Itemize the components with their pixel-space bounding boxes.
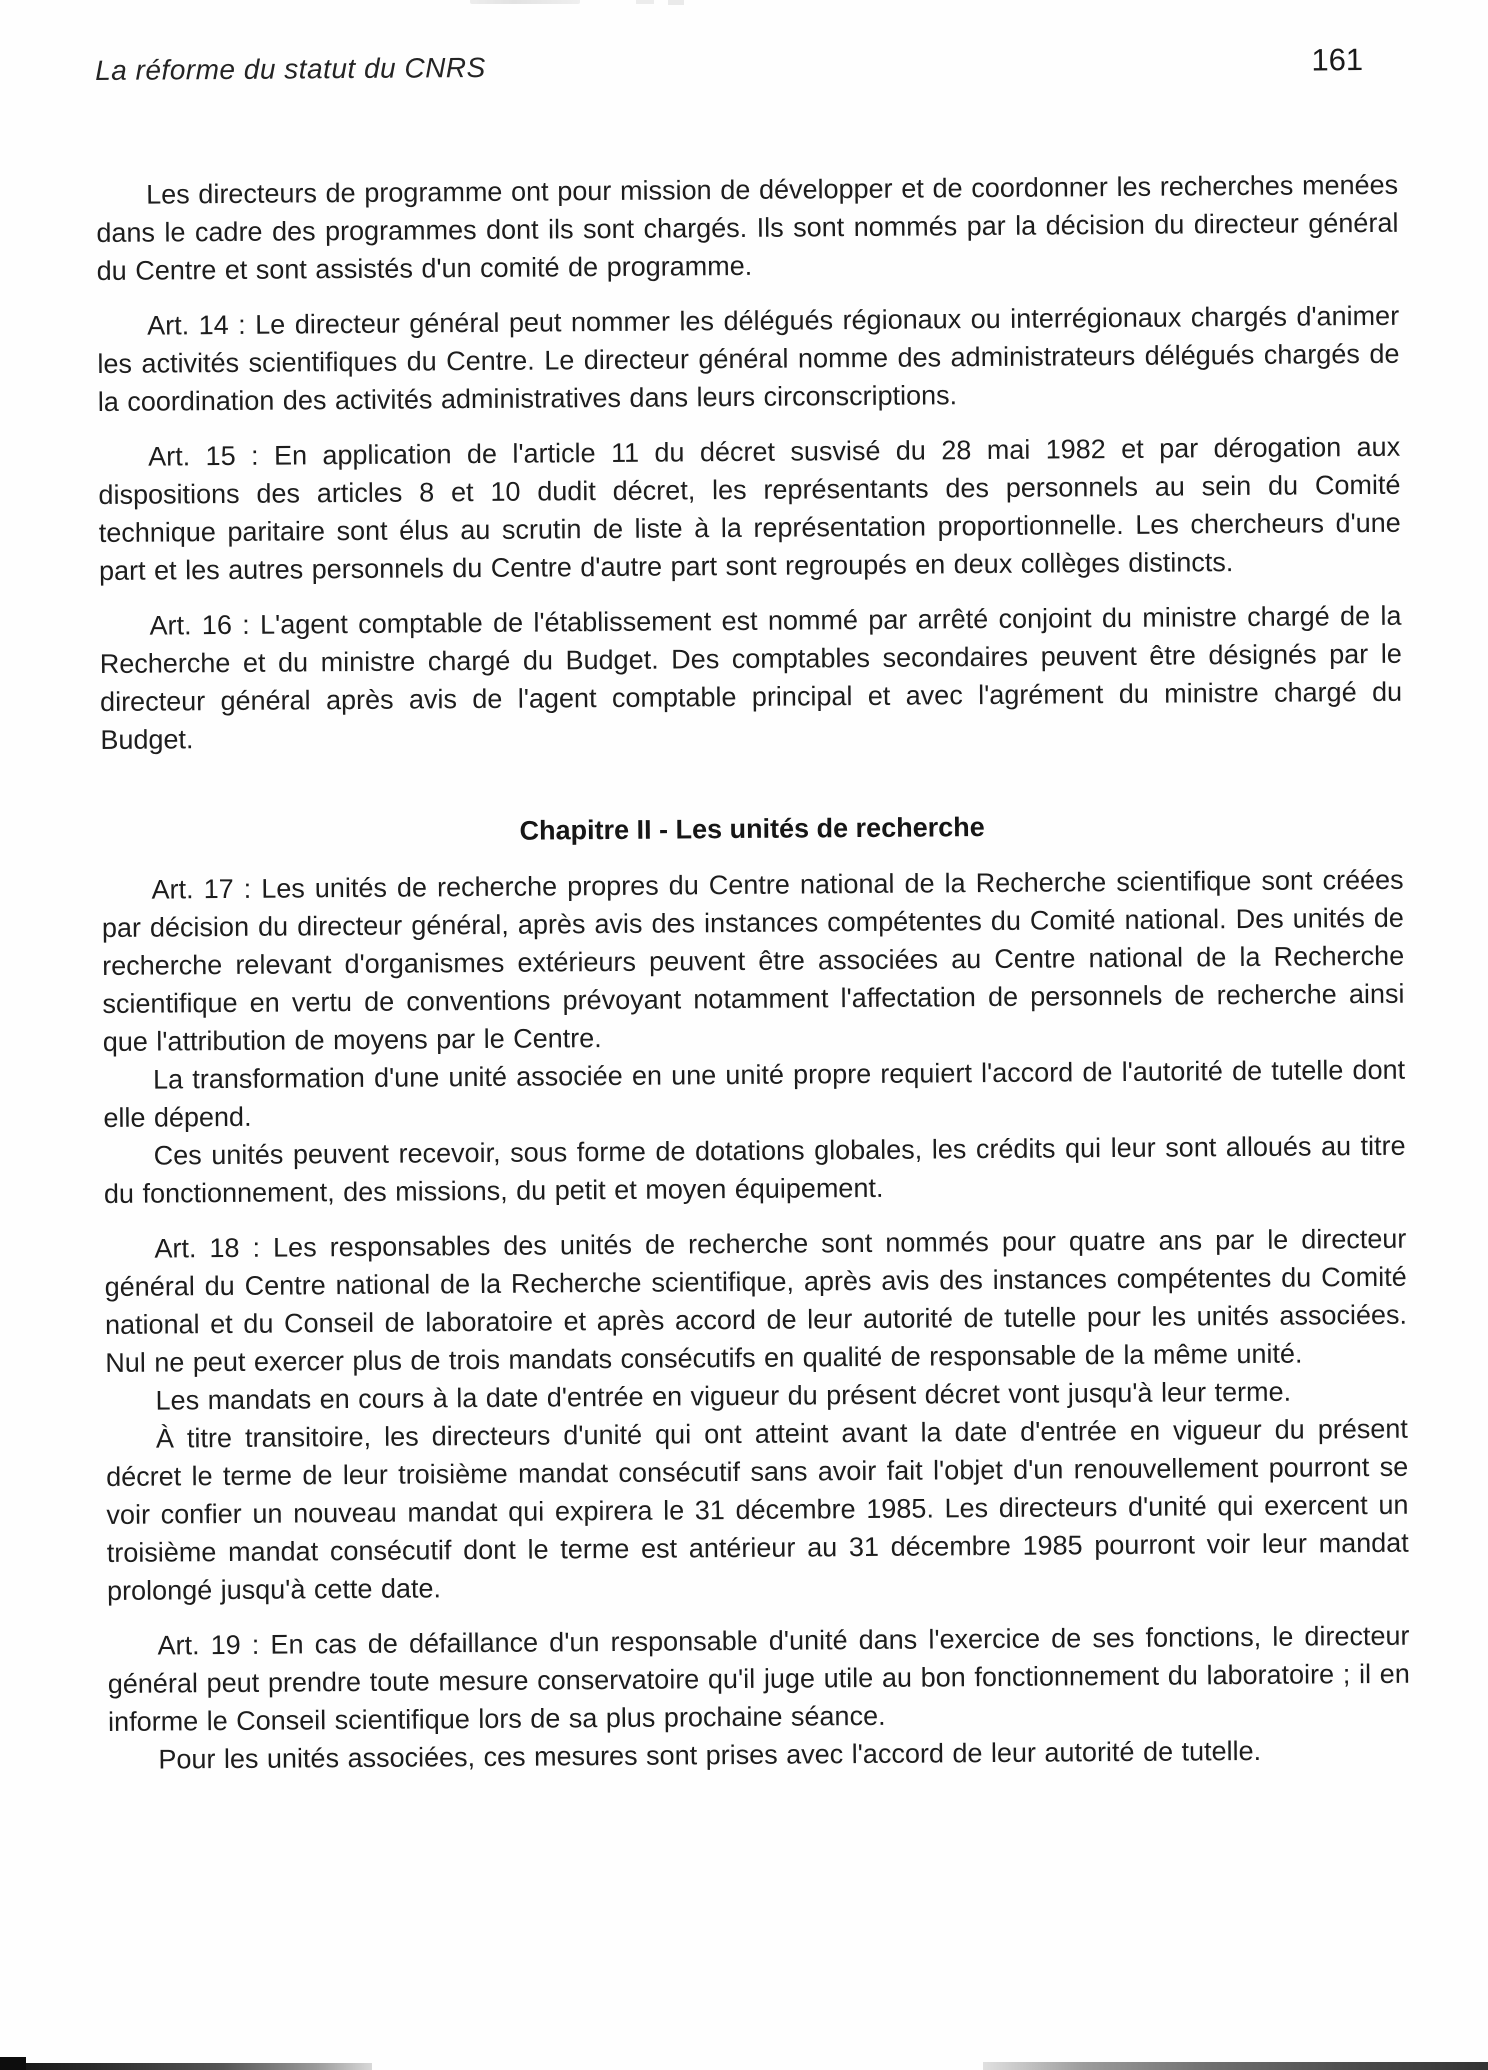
page-number: 161 bbox=[1311, 42, 1363, 78]
paragraph-art-17-dotations: Ces unités peuvent recevoir, sous forme … bbox=[104, 1127, 1407, 1213]
running-header: La réforme du statut du CNRS 161 bbox=[95, 42, 1397, 88]
document-page: La réforme du statut du CNRS 161 Les dir… bbox=[0, 0, 1488, 2070]
paragraph-art-16: Art. 16 : L'agent comptable de l'établis… bbox=[99, 597, 1402, 759]
scan-artifact-top-dot bbox=[668, 0, 684, 5]
paragraph-art-19: Art. 19 : En cas de défaillance d'un res… bbox=[107, 1617, 1410, 1741]
paragraph-intro: Les directeurs de programme ont pour mis… bbox=[96, 166, 1399, 290]
paragraph-art-17: Art. 17 : Les unités de recherche propre… bbox=[101, 861, 1404, 1061]
scan-artifact-bottom-right bbox=[983, 2062, 1488, 2070]
scan-artifact-bottom-left bbox=[0, 2063, 372, 2070]
paragraph-art-18: Art. 18 : Les responsables des unités de… bbox=[104, 1220, 1407, 1382]
paragraph-art-18-transitoire: À titre transitoire, les directeurs d'un… bbox=[106, 1410, 1409, 1610]
paragraph-art-14: Art. 14 : Le directeur général peut nomm… bbox=[97, 297, 1400, 421]
body-text: Les directeurs de programme ont pour mis… bbox=[96, 166, 1411, 1779]
scan-artifact-top-dot bbox=[636, 0, 654, 4]
paragraph-art-17-transformation: La transformation d'une unité associée e… bbox=[103, 1051, 1406, 1137]
chapter-heading: Chapitre II - Les unités de recherche bbox=[101, 805, 1403, 853]
scan-artifact-top bbox=[470, 0, 580, 4]
page-content: La réforme du statut du CNRS 161 Les dir… bbox=[95, 42, 1411, 1779]
scan-artifact-bottom-left-corner bbox=[0, 2057, 26, 2070]
header-title: La réforme du statut du CNRS bbox=[95, 52, 486, 87]
paragraph-art-15: Art. 15 : En application de l'article 11… bbox=[98, 428, 1401, 590]
